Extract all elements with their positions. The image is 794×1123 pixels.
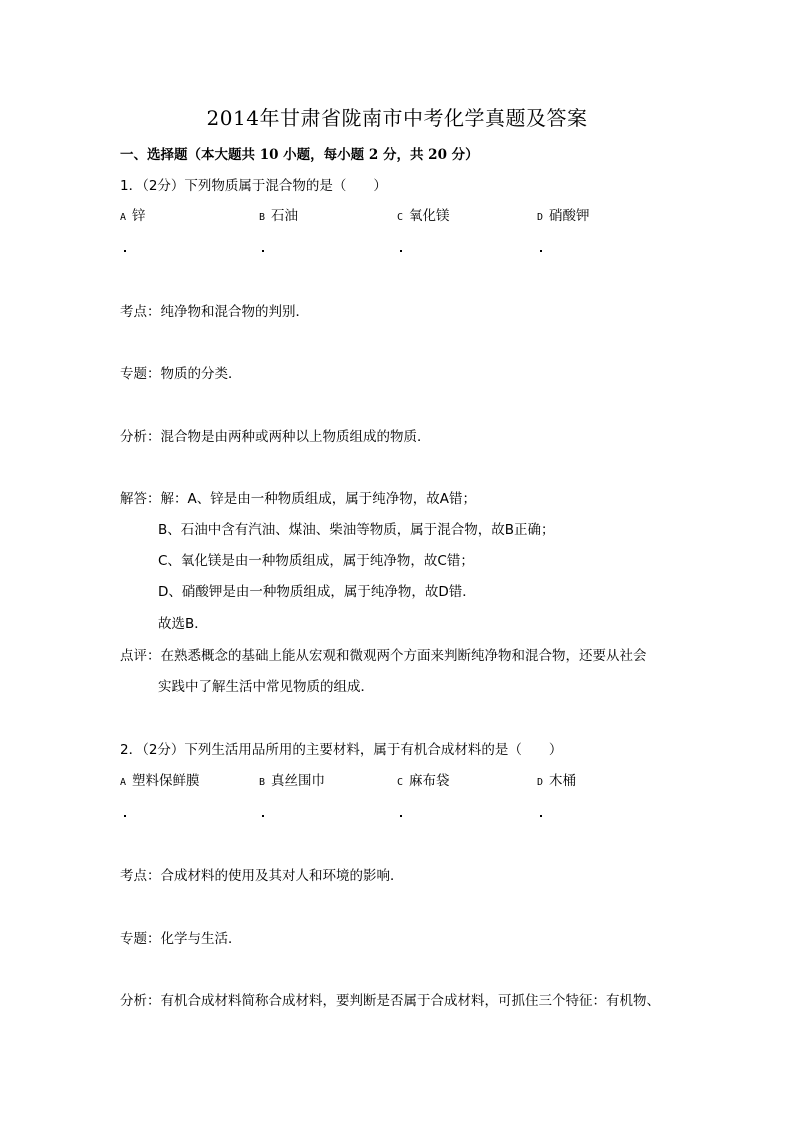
option-dot [124, 250, 126, 252]
question-2-fenxi: 分析：有机合成材料简称合成材料，要判断是否属于合成材料，可抓住三个特征：有机物、 [120, 991, 660, 1011]
document-page: 2014年甘肃省陇南市中考化学真题及答案 一、选择题（本大题共 10 小题，每小… [0, 0, 794, 1123]
option-text: 塑料保鲜膜 [132, 773, 200, 789]
question-2-option-d: D木桶 [537, 771, 576, 793]
option-letter: A [120, 212, 126, 223]
question-2-zhuanti: 专题：化学与生活． [120, 929, 242, 949]
jieda-line: 解：A、锌是由一种物质组成，属于纯净物，故A错； [161, 491, 476, 507]
option-letter: B [259, 212, 265, 223]
question-2-option-c: C麻布袋 [397, 771, 450, 793]
question-2-kaodian: 考点：合成材料的使用及其对人和环境的影响． [120, 866, 404, 886]
question-2-option-a: A塑料保鲜膜 [120, 771, 200, 793]
option-letter: D [537, 212, 543, 223]
dianping-line: 实践中了解生活中常见物质的组成． [158, 677, 374, 697]
kaodian-text: 纯净物和混合物的判别． [161, 304, 310, 320]
jieda-line: B、石油中含有汽油、煤油、柴油等物质，属于混合物，故B正确； [158, 520, 555, 540]
zhuanti-label: 专题： [120, 931, 161, 947]
jieda-line: 故选B． [158, 614, 208, 634]
option-text: 木桶 [549, 773, 576, 789]
option-dot [400, 815, 402, 817]
question-1-option-b: B石油 [259, 206, 298, 228]
option-dot [400, 250, 402, 252]
option-text: 石油 [271, 208, 298, 224]
option-text: 麻布袋 [409, 773, 450, 789]
fenxi-label: 分析： [120, 429, 161, 445]
question-1-fenxi: 分析：混合物是由两种或两种以上物质组成的物质． [120, 427, 431, 447]
page-title: 2014年甘肃省陇南市中考化学真题及答案 [0, 104, 794, 132]
option-text: 硝酸钾 [549, 208, 590, 224]
fenxi-text: 混合物是由两种或两种以上物质组成的物质． [161, 429, 431, 445]
option-dot [262, 250, 264, 252]
jieda-label: 解答： [120, 491, 161, 507]
fenxi-text: 有机合成材料简称合成材料，要判断是否属于合成材料，可抓住三个特征：有机物、 [161, 993, 661, 1009]
kaodian-label: 考点： [120, 304, 161, 320]
kaodian-label: 考点： [120, 868, 161, 884]
zhuanti-label: 专题： [120, 366, 161, 382]
question-2-option-b: B真丝围巾 [259, 771, 325, 793]
option-dot [262, 815, 264, 817]
jieda-line: C、氧化镁是由一种物质组成，属于纯净物，故C错； [158, 551, 474, 571]
dianping-label: 点评： [120, 648, 161, 664]
option-letter: C [397, 212, 403, 223]
option-dot [540, 250, 542, 252]
option-letter: C [397, 777, 403, 788]
question-1-option-c: C氧化镁 [397, 206, 450, 228]
option-text: 氧化镁 [409, 208, 450, 224]
option-letter: D [537, 777, 543, 788]
question-1-jieda: 解答：解：A、锌是由一种物质组成，属于纯净物，故A错； [120, 489, 476, 509]
question-1-stem: 1．（2分）下列物质属于混合物的是（ ） [120, 176, 387, 196]
question-1-zhuanti: 专题：物质的分类． [120, 364, 242, 384]
question-1-dianping: 点评：在熟悉概念的基础上能从宏观和微观两个方面来判断纯净物和混合物，还要从社会 [120, 646, 647, 666]
kaodian-text: 合成材料的使用及其对人和环境的影响． [161, 868, 404, 884]
option-dot [124, 815, 126, 817]
zhuanti-text: 物质的分类． [161, 366, 242, 382]
option-text: 真丝围巾 [271, 773, 325, 789]
fenxi-label: 分析： [120, 993, 161, 1009]
jieda-line: D、硝酸钾是由一种物质组成，属于纯净物，故D错． [158, 582, 476, 602]
section-heading: 一、选择题（本大题共 10 小题，每小题 2 分，共 20 分） [120, 145, 479, 165]
question-2-stem: 2．（2分）下列生活用品所用的主要材料，属于有机合成材料的是（ ） [120, 740, 562, 760]
zhuanti-text: 化学与生活． [161, 931, 242, 947]
question-1-option-d: D硝酸钾 [537, 206, 590, 228]
option-text: 锌 [132, 208, 146, 224]
option-dot [540, 815, 542, 817]
option-letter: A [120, 777, 126, 788]
dianping-line: 在熟悉概念的基础上能从宏观和微观两个方面来判断纯净物和混合物，还要从社会 [161, 648, 647, 664]
question-1-kaodian: 考点：纯净物和混合物的判别． [120, 302, 309, 322]
option-letter: B [259, 777, 265, 788]
question-1-option-a: A锌 [120, 206, 146, 228]
